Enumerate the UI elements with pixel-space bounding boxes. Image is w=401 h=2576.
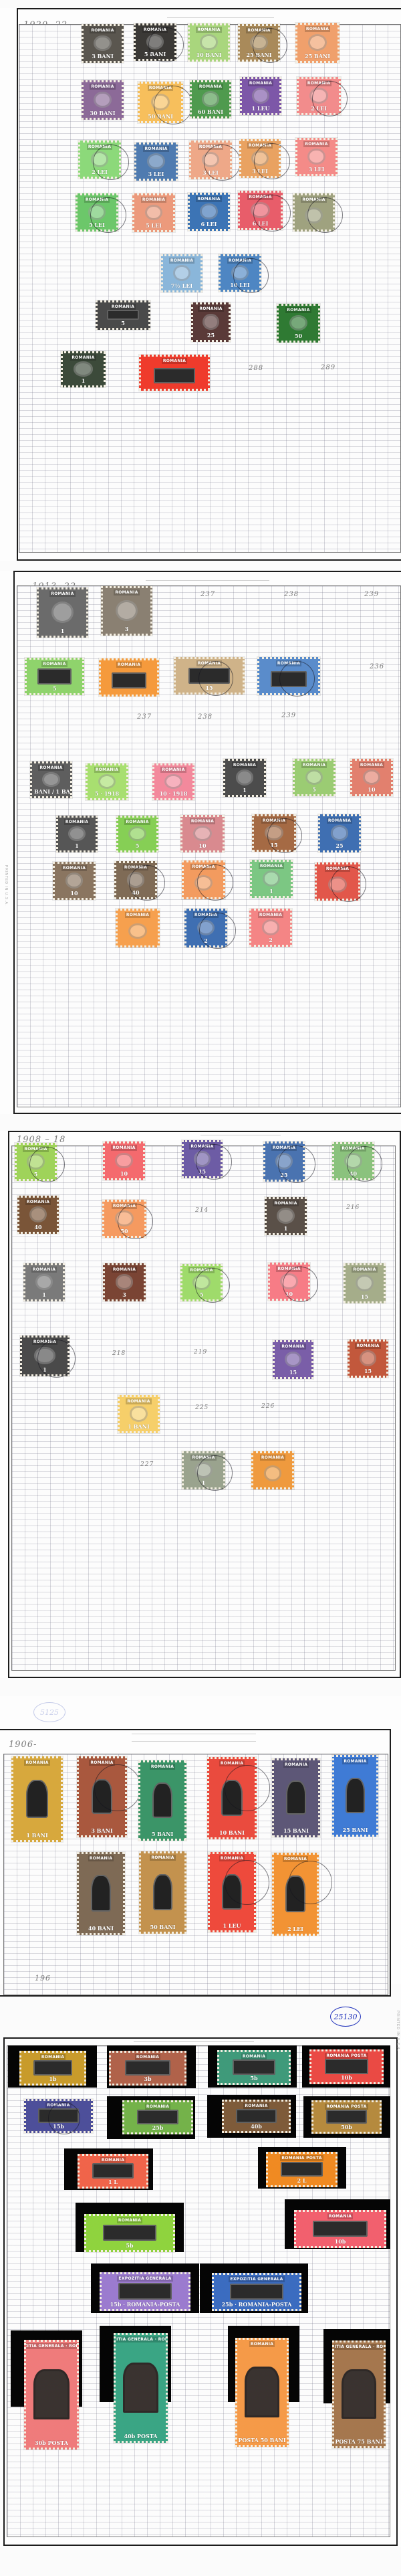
stamp[interactable]: ROMANIA40 BANI [77,1852,125,1935]
stamp-country: ROMANIA [246,27,271,33]
stamp-vignette [118,2283,172,2300]
stamp-country: ROMANIA [111,1145,136,1151]
stamp-country: ROMANIA [273,1200,298,1206]
stamp[interactable]: ROMANIA5 [116,816,158,852]
stamp-portrait [116,1274,134,1289]
stamp-portrait [277,1208,294,1223]
stamp[interactable]: ROMANIA5 [293,759,336,796]
stamp[interactable]: ROMANIA1 LEU [240,77,281,115]
stamp-country: ROMANIA [276,1266,301,1272]
stamp[interactable]: ROMANIA2 [249,909,292,947]
stamp[interactable]: ROMANIA7½ LEI [161,254,203,292]
stamp-value: 3 LEI [148,171,164,177]
stamp-country: ROMANIA [359,762,384,768]
stamp-vignette [342,2369,376,2419]
stamp-value: 1 [269,888,273,895]
catalog-note: 236 [370,663,384,670]
stamp-country: ROMANIA [114,589,139,595]
stamp-portrait [285,1875,305,1912]
stamp-vignette [33,2369,69,2420]
stamp-country: ROMANIA [196,660,222,666]
stamp-portrait [26,1780,48,1817]
stamp[interactable]: ROMANIA10 [53,862,96,900]
stamp-country: ROMANIA [198,306,223,312]
side-imprint: PRINTED IN U.S.A. [396,2011,400,2051]
stamp-portrait [305,207,322,223]
stamp-portrait [308,34,327,51]
stamp-country: ROMANIA [61,865,87,871]
stamp-country: ROMANIA [148,85,173,91]
stamp-country: ROMANIA [258,912,283,918]
stamp-country: ROMANIA [49,591,75,597]
stamp[interactable]: ROMANIA15b [24,2099,93,2133]
catalog-note: 214 [195,1207,209,1214]
stamp[interactable]: ROMANIA [99,658,159,697]
stamp-portrait [128,923,147,939]
stamp-value: 25b · ROMANIA-POSTA [222,2301,292,2308]
stamp-value: 10 [285,1291,293,1297]
stamp-country: ROMANIA POSTA [325,2053,368,2059]
catalog-note: 289 [321,364,336,371]
stamp-value: 25 [336,842,343,849]
stamp[interactable]: ROMANIA5 [180,1264,223,1301]
stamp[interactable]: ROMANIA40 [114,861,157,899]
stamp[interactable]: ROMANIA3 LEI [134,143,178,181]
stamp[interactable]: ROMANIA40 [332,1142,374,1180]
stamp-country: ROMANIA [355,1343,380,1349]
stamp-portrait [309,88,328,103]
stamp-value: 60 BANI [198,108,223,115]
stamp[interactable]: ROMANIA15 [252,814,296,852]
stamp-portrait [250,35,267,50]
stamp[interactable]: ROMANIA1 [56,816,98,852]
stamp[interactable]: ROMANIA2 [184,909,227,947]
stamp-country: ROMANIA [89,1760,114,1766]
stamp-value: 1 [243,787,247,794]
stamp[interactable]: EXPOZITIA GENERALA15b · ROMANIA-POSTA [100,2272,190,2311]
stamp[interactable]: ROMANIA5 LEI [76,193,118,232]
stamp-vignette [325,2059,368,2074]
stamp-country: ROMANIA [219,1855,245,1861]
stamp[interactable]: ROMANIA50 BANI [138,82,183,123]
stamp-country: ROMANIA [88,1855,114,1861]
stamp-portrait [194,1151,211,1166]
stamp-value: 10 BANI [219,1829,245,1836]
stamp-value: 10 BANI [196,52,222,58]
stamp-country: ROMANIA [305,26,330,32]
stamp[interactable]: ROMANIA25 BANI [238,24,280,62]
stamp-value: 10 [70,890,78,897]
stamp[interactable]: ROMANIA5 · 1918 [86,763,128,800]
stamp-value: 5b [250,2075,257,2082]
stamp-value: 5 · 1918 [95,790,119,797]
stamp-value: 15b [53,2123,64,2130]
stamp-portrait [200,34,217,50]
stamp-value: 1b [49,2076,56,2082]
stamp-value: 50 BANI [150,1924,176,1930]
stamp-country: ROMANIA [198,144,223,150]
stamp-value: 40b [251,2123,262,2130]
stamp[interactable]: ROMANIA6 LEI [188,193,230,231]
stamp-country: EXPOZITIA GENERALA · ROMANIA [332,2344,386,2350]
stamp-portrait [263,870,281,886]
stamp-portrait [262,919,280,935]
stamp-value: 1 [42,1291,46,1298]
stamp[interactable]: ROMANIA1 LEU [208,1852,256,1932]
stamp[interactable]: ROMANIA25 [191,302,231,342]
stamp-value: 15 [361,1293,368,1300]
stamp[interactable]: ROMANIA1 [250,860,293,898]
circled-note: 5125 [33,1702,65,1722]
stamp[interactable]: ROMANIA5 [15,1143,57,1181]
stamp-country: ROMANIA [232,762,257,768]
stamp[interactable]: ROMANIA POSTA2 L [266,2152,338,2187]
stamp[interactable]: ROMANIA25 [263,1141,305,1182]
catalog-note: 226 [261,1403,275,1410]
stamp-country: ROMANIA [280,1344,305,1350]
catalog-note: 219 [194,1349,207,1356]
stamp-value: 2 LEI [311,105,327,112]
stamp-value: 1 [202,1479,206,1486]
stamp[interactable]: ROMANIA50 BANI [139,1851,186,1934]
stamp-country: ROMANIA [126,1398,151,1404]
header-rule [200,1135,281,1135]
stamp[interactable]: ROMANIA6 LEI [238,191,283,230]
stamp-country: EXPOZITIA GENERALA · ROMANIA [114,2336,168,2342]
stamp-portrait [331,825,349,840]
stamp-portrait [147,153,165,169]
stamp-country: ROMANIA [169,258,194,264]
stamp[interactable]: ROMANIA50 [277,304,320,343]
stamp[interactable]: ROMANIA [251,1451,294,1489]
stamp[interactable]: ROMANIA1 [20,1336,70,1376]
stamp[interactable]: ROMANIA5 BANI [138,1760,186,1841]
stamp[interactable]: ROMANIAPOSTA 50 BANI [235,2338,289,2447]
stamp-country: ROMANIA [124,819,150,825]
album-page-1906-exhibition: PRINTED IN U.S.A. ROMANIA1bROMANIA3bROMA… [0,2037,401,2547]
stamp[interactable]: ROMANIA3 LEI [189,141,232,179]
stamp-portrait [307,149,325,164]
stamp[interactable]: EXPOZITIA GENERALA25b · ROMANIA-POSTA [212,2273,301,2311]
catalog-note: 216 [346,1204,360,1211]
stamp-country: ROMANIA [40,2054,65,2060]
stamp-vignette [107,310,138,320]
stamp-country: ROMANIA [23,1146,48,1152]
stamp-country: ROMANIA POSTA [280,2155,323,2161]
stamp-value: 10 · 1918 [160,790,188,797]
stamp-country: ROMANIA [150,1764,175,1770]
stamp-vignette [123,2363,158,2413]
stamp-value: 2 [204,937,208,944]
catalog-note: 225 [195,1404,209,1411]
stamp[interactable]: ROMANIA15 [344,1263,386,1303]
stamp-vignette [92,2163,134,2178]
stamp[interactable]: ROMANIA1b [19,2051,86,2086]
stamp[interactable]: ROMANIA [293,193,335,232]
stamp-country: ROMANIA POSTA [325,2104,368,2110]
stamp-vignette [103,2225,157,2241]
stamp-vignette [230,2284,283,2300]
stamp-country: ROMANIA [271,1145,297,1151]
stamp-country: ROMANIA [219,1760,245,1766]
catalog-note: 238 [284,591,299,598]
stamp-portrait [236,769,254,785]
stamp-value: 15 [364,1368,372,1374]
stamp-portrait [360,1350,376,1366]
stamp[interactable]: ROMANIA POSTA50b [311,2100,382,2134]
stamp-country: ROMANIA [123,864,148,870]
stamp[interactable]: ROMANIA5b [217,2050,291,2085]
stamp-portrait [344,1153,362,1168]
stamp[interactable]: ROMANIA2 LEI [272,1853,319,1936]
header-rule [132,1741,256,1742]
stamp[interactable]: ROMANIA5 [25,658,84,695]
stamp-country: ROMANIA [24,1760,49,1766]
stamp-portrait [29,1206,47,1222]
stamp-value: 5 LEI [146,222,162,229]
stamp[interactable]: ROMANIA2 LEI [297,77,341,115]
stamp-portrait [200,203,217,219]
stamp-value: 15b · ROMANIA-POSTA [110,2301,180,2308]
stamp-value: 3 [125,626,129,632]
stamp-value: 5 [53,685,57,692]
stamp-portrait [34,1347,55,1364]
stamp[interactable]: ROMANIA10 [180,815,225,852]
stamp[interactable]: ROMANIA10 LEI [219,254,261,292]
stamp[interactable]: ROMANIA1 [182,1451,225,1489]
stamp-portrait [194,1462,213,1477]
stamp[interactable]: ROMANIA5 [96,300,150,330]
stamp[interactable]: EXPOZITIA GENERALA · ROMANIA40b POSTA [114,2333,168,2443]
stamp[interactable]: ROMANIA [116,909,160,947]
stamp[interactable]: ROMANIA [139,355,210,391]
stamp[interactable]: ROMANIA1 L [78,2154,148,2189]
stamp[interactable]: ROMANIA [315,862,360,901]
stamp[interactable]: ROMANIA1 [23,1263,65,1301]
stamp[interactable]: ROMANIA10 [268,1263,310,1301]
stamp-country: ROMANIA [190,818,215,824]
stamp-portrait [193,826,212,841]
stamp-country: ROMANIA [162,358,187,364]
stamp-value: 3 LEI [309,166,325,173]
stamp-country: ROMANIA [70,355,96,361]
stamp-country: ROMANIA [100,2157,126,2163]
stamp[interactable]: ROMANIA25 BANI / 1 BANI [30,761,72,798]
stamp-portrait [146,34,164,50]
stamp-value: 40b POSTA [124,2433,158,2440]
stamp-value: 25 BANI [343,1827,368,1833]
catalog-note: 237 [137,713,152,721]
stamp-value: 10 [198,842,206,849]
stamp[interactable]: ROMANIA10 BANI [207,1757,257,1839]
stamp-country: ROMANIA [143,146,168,152]
stamp[interactable]: ROMANIA3 LEI [295,138,338,176]
stamp[interactable]: ROMANIA30 BANI [82,80,124,120]
stamp-country: ROMANIA [110,304,136,310]
stamp-value: 3 LEI [203,169,219,176]
catalog-note: 237 [200,591,215,598]
stamp-value: 2 LEI [92,169,108,175]
stamp-country: EXPOZITIA GENERALA [229,2276,284,2282]
stamp[interactable]: ROMANIA10 BANI [188,23,230,62]
stamp-country: ROMANIA [227,258,253,264]
stamp[interactable]: ROMANIA1 [265,1197,307,1235]
stamp[interactable]: ROMANIA15 [174,657,245,695]
stamp-portrait [173,265,190,280]
stamp-value: 40 [132,889,139,896]
stamp-value: 3 BANI [91,1827,112,1834]
stamp-country: ROMANIA [142,27,168,33]
circled-note: 25130 [330,2007,361,2027]
stamp[interactable]: ROMANIA3 BANI [82,24,124,63]
stamp[interactable]: ROMANIA60 BANI [190,80,231,118]
stamp[interactable]: ROMANIA5 BANI [134,23,176,61]
stamp[interactable]: ROMANIA40b [222,2100,291,2133]
stamp-value: 30b POSTA [35,2440,68,2446]
stamp[interactable]: ROMANIA15 [182,1140,223,1178]
stamp-portrait [252,88,269,103]
stamp[interactable]: ROMANIA10 [103,1141,145,1180]
stamp[interactable]: ROMANIA10b [294,2210,386,2248]
stamp[interactable]: EXPOZITIA GENERALA · ROMANIAPOSTA 75 BAN… [332,2340,386,2448]
stamp-country: ROMANIA [306,80,331,86]
stamp-country: ROMANIA [112,1267,137,1273]
stamp[interactable]: ROMANIA1 BANI [118,1395,160,1433]
stamp[interactable]: ROMANIA15 BANI [272,1758,320,1837]
stamp-country: ROMANIA [342,1758,368,1764]
stamp-country: ROMANIA [247,143,273,149]
stamp[interactable]: ROMANIA1 [61,351,106,387]
stamp-value: 15 [198,1168,206,1175]
stamp[interactable]: ROMANIA5 LEI [132,193,175,232]
catalog-note: 239 [281,712,296,719]
stamp-portrait [115,1210,134,1226]
stamp[interactable]: ROMANIA25b [122,2100,193,2134]
stamp-value: 40 BANI [88,1925,114,1932]
stamp-country: ROMANIA [198,84,223,90]
stamp-country: ROMANIA [327,2213,353,2219]
stamp-portrait [251,151,269,167]
stamp-country: ROMANIA [189,1143,215,1149]
stamp-country: ROMANIA [285,307,311,313]
stamp-value: 15 [205,684,213,691]
catalog-note: 288 [249,365,263,372]
stamp[interactable]: ROMANIA5b [84,2214,175,2252]
stamp-country: ROMANIA [325,866,350,872]
stamp-value: 1 [284,1225,288,1232]
stamp-value: 5 [136,842,140,849]
stamp-value: POSTA 50 BANI [238,2437,285,2444]
stamp-country: ROMANIA [141,197,166,203]
stamp-value: 1 L [108,2179,118,2185]
header-rule [132,1734,256,1734]
stamp[interactable]: ROMANIA1 [223,759,266,797]
stamp-portrait [286,1780,306,1815]
stamp[interactable]: ROMANIA3 [101,586,152,636]
stamp-vignette [233,2059,275,2074]
stamp-value: 50b [341,2124,352,2130]
stamp-country: ROMANIA [303,141,329,147]
stamp-value: 40 [350,1170,357,1177]
stamp-portrait [152,1782,172,1817]
stamp-vignette [245,2367,279,2417]
stamp-portrait [363,769,381,785]
stamp[interactable]: ROMANIA [182,860,225,899]
stamp-value: 10b [335,2238,346,2245]
stamp-country: ROMANIA [340,1145,366,1152]
stamp[interactable]: ROMANIA10 · 1918 [152,763,194,800]
stamp-portrait [231,265,249,280]
stamp-vignette [188,668,230,684]
stamp-value: 5 LEI [89,221,105,228]
stamp-portrait [285,1352,301,1368]
stamp-country: ROMANIA [301,762,327,768]
stamp[interactable]: ROMANIA [257,657,320,695]
stamp-portrait [74,361,92,376]
stamp[interactable]: ROMANIA25 BANI [295,23,340,63]
header-rule [167,17,274,18]
stamp[interactable]: ROMANIA15 [348,1340,388,1378]
stamp-country: ROMANIA [112,1203,137,1209]
stamp[interactable]: ROMANIA3 LEI [239,139,281,178]
stamp-vignette [326,2110,367,2124]
stamp-portrait [194,875,213,891]
stamp-value: 2 L [297,2177,307,2184]
stamp[interactable]: ROMANIA40 [17,1196,59,1234]
stamp-country: ROMANIA [41,661,67,667]
stamp-value: 3b [144,2076,151,2082]
stamp-portrait [197,920,215,936]
stamp-country: ROMANIA [84,197,110,203]
stamp-portrait [91,151,109,167]
stamp-country: ROMANIA [31,1267,57,1273]
stamp-country: ROMANIA [160,767,186,773]
stamp[interactable]: ROMANIA25 [318,814,361,852]
stamp[interactable]: ROMANIA POSTA10b [309,2049,384,2084]
stamp-portrait [127,872,145,887]
stamp-value: 50 BANI [148,113,173,120]
stamp[interactable]: ROMANIA3b [109,2051,186,2086]
stamp-country: ROMANIA [243,2103,269,2109]
stamp[interactable]: ROMANIA3 BANI [77,1756,127,1837]
stamp-country: ROMANIA [188,1267,214,1273]
stamp-portrait [346,1778,365,1813]
stamp[interactable]: ROMANIA50 [102,1200,146,1238]
stamp-country: ROMANIA [327,818,352,824]
stamp-value: 5b [126,2242,133,2249]
album-page-1920-22: 1920 -22 288 289 ROMANIA3 BANIROMANIA5 B… [0,8,401,561]
stamp[interactable]: ROMANIA15 [273,1340,313,1379]
stamp[interactable]: ROMANIA10 [350,759,393,796]
stamp[interactable]: ROMANIA3 [103,1263,146,1301]
stamp-country: ROMANIA [259,863,284,869]
stamp-portrait [94,92,111,108]
stamp-value: 15 [289,1369,297,1376]
stamp-value: 25 [280,1172,287,1178]
stamp-value: 7½ LEI [171,282,192,289]
stamp-portrait [116,600,138,621]
stamp-value: 10 [368,786,375,793]
stamp[interactable]: ROMANIA1 [37,587,88,638]
stamp[interactable]: ROMANIA2 LEI [78,141,121,179]
stamp[interactable]: EXPOZITIA GENERALA · ROMANIA30b POSTA [24,2340,79,2450]
stamp-portrait [91,1875,111,1911]
stamp[interactable]: ROMANIA25 BANI [332,1755,378,1837]
stamp-portrait [192,1275,210,1290]
stamp-country: ROMANIA [196,27,221,33]
stamp[interactable]: ROMANIA1 BANI [11,1756,63,1842]
stamp-value: 25b [152,2124,164,2131]
